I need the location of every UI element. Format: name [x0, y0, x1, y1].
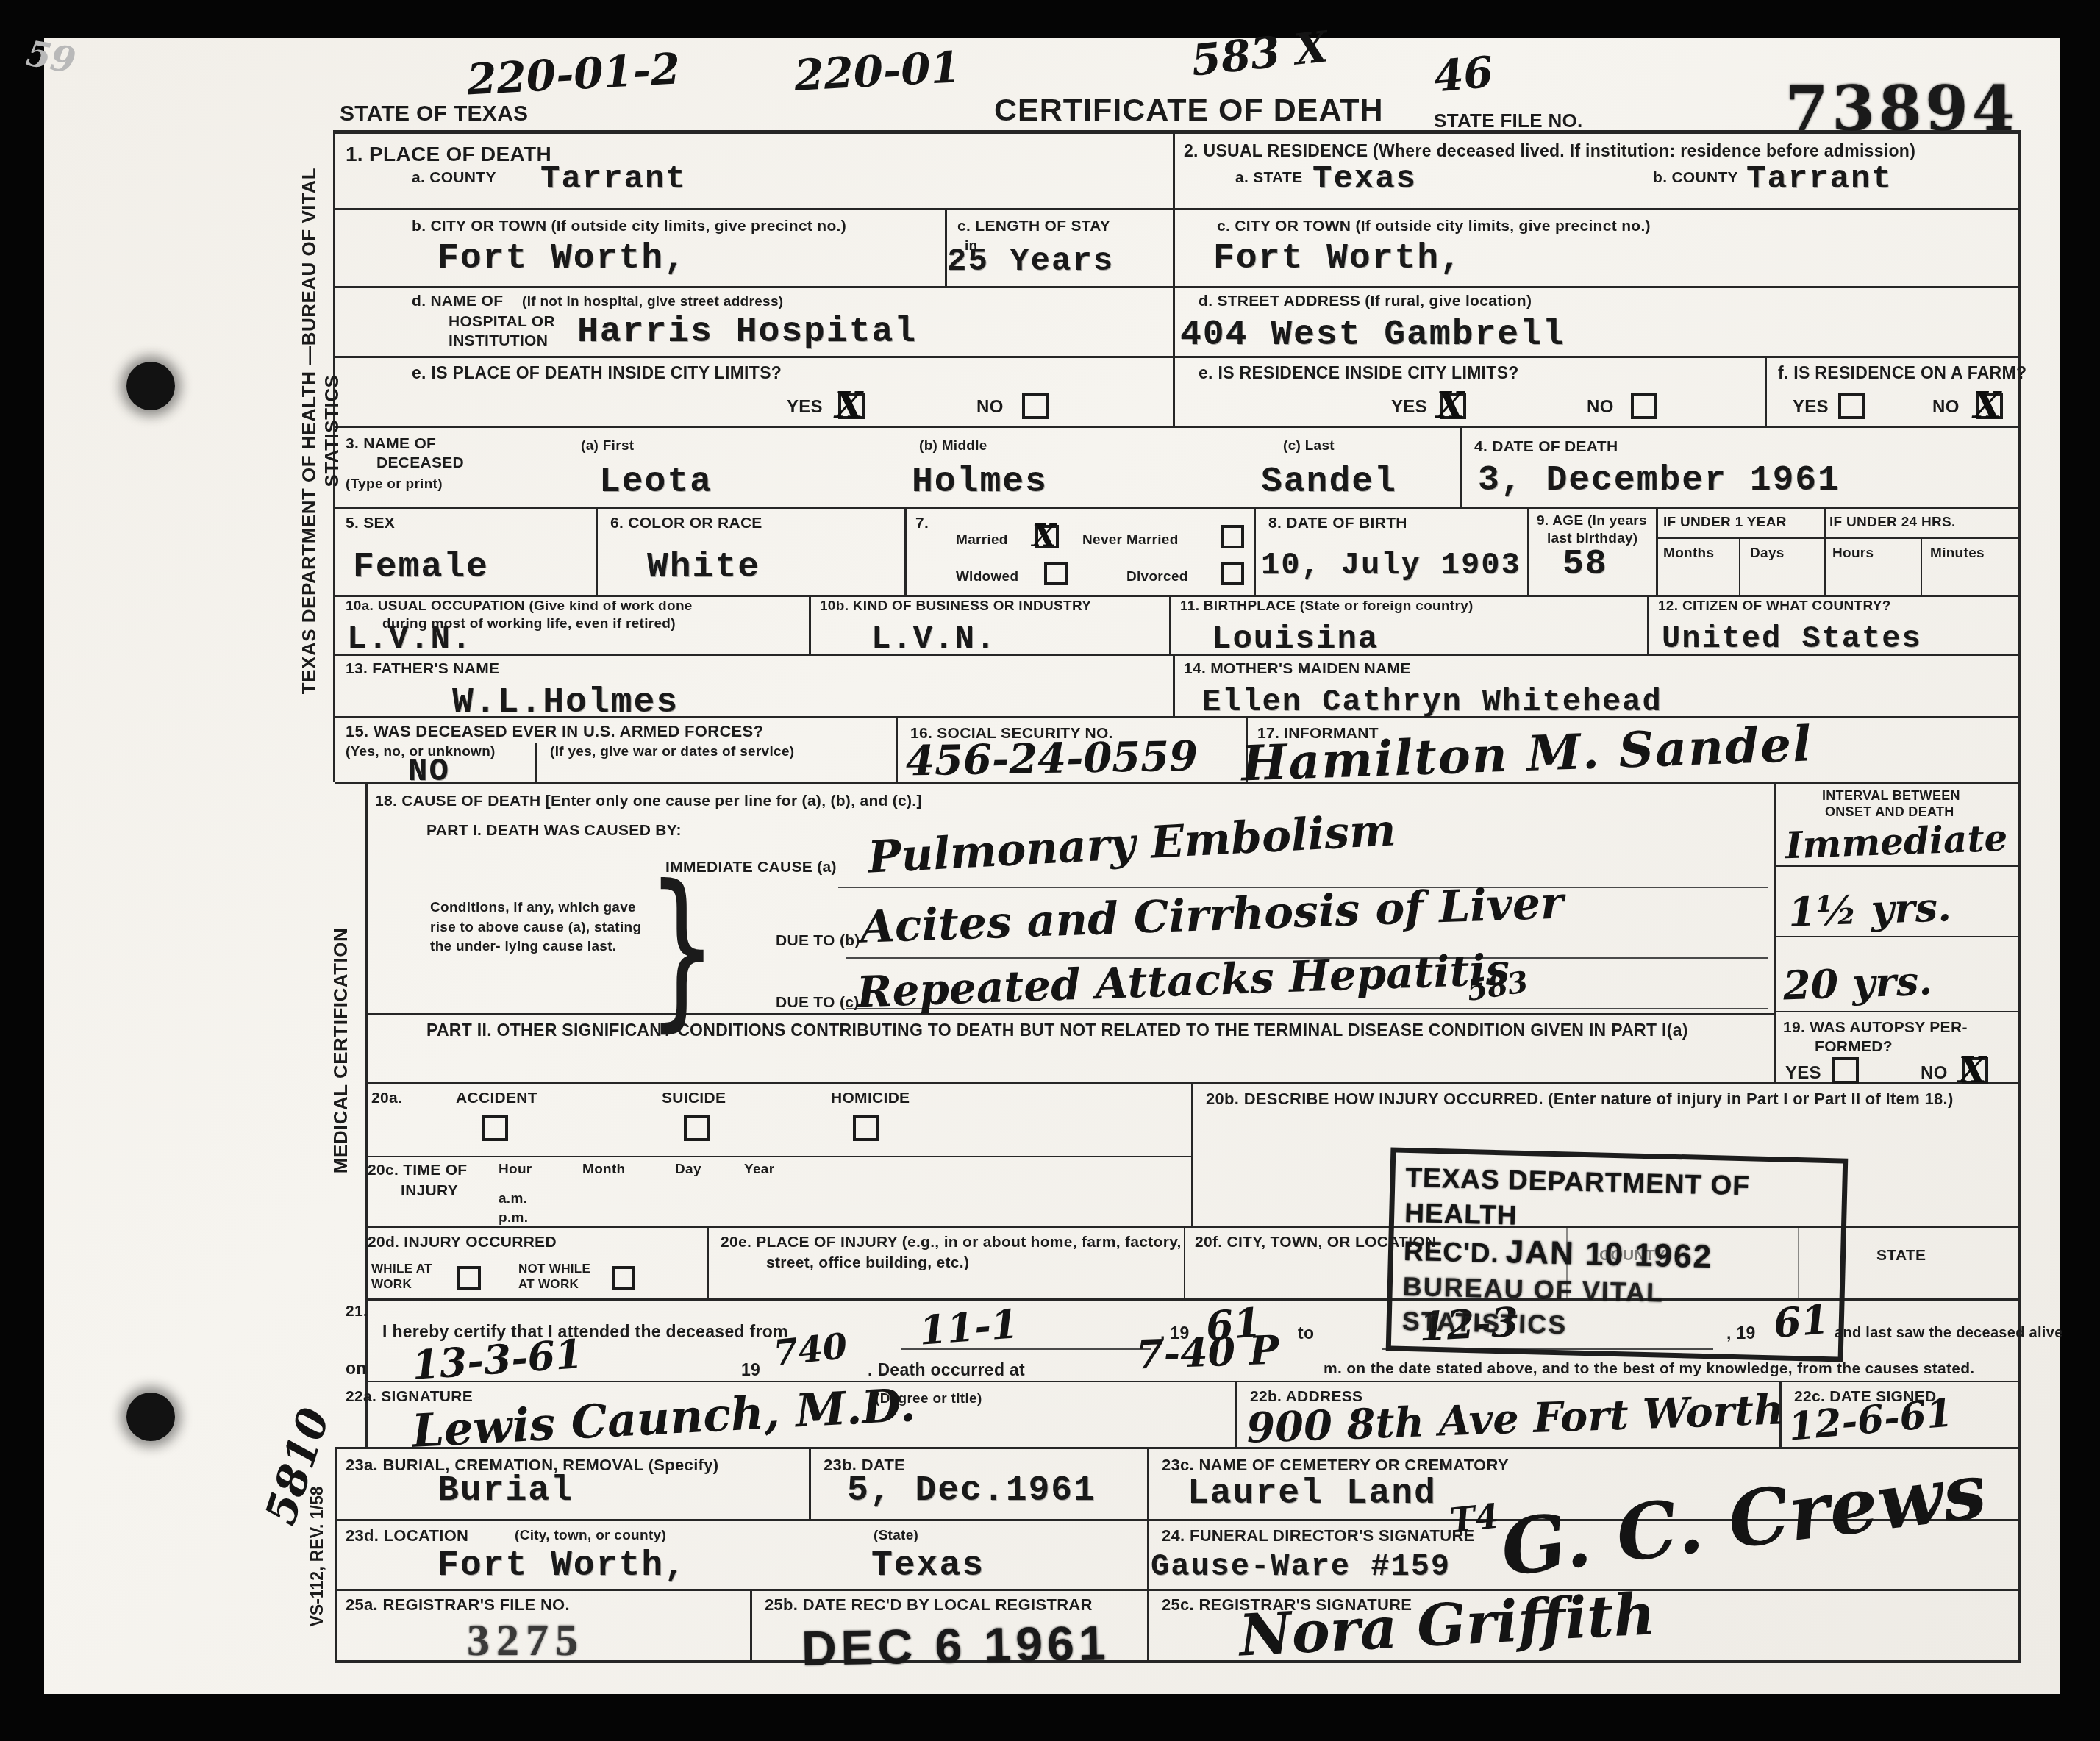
birthplace-value: Louisina [1212, 623, 1379, 656]
farm-no-label: NO [1932, 397, 1960, 418]
race-label: 6. COLOR OR RACE [610, 515, 762, 532]
residence-state-value: Texas [1312, 163, 1417, 196]
date-of-birth-value: 10, July 1903 [1261, 550, 1521, 581]
hospital-note: (If not in hospital, give street address… [522, 294, 783, 310]
header-handwritten-code-2: 220-01 [793, 46, 962, 97]
suicide-label: SUICIDE [662, 1090, 726, 1107]
industry-value: L.V.N. [871, 623, 996, 656]
checkbox-farm-yes [1838, 393, 1865, 419]
residence-state-label: a. STATE [1235, 169, 1302, 187]
pm-label: p.m. [499, 1210, 528, 1226]
age-label-1: 9. AGE (In years [1537, 513, 1647, 529]
residence-limits-no-label: NO [1587, 397, 1614, 418]
place-city-value: Fort Worth, [438, 241, 687, 276]
hospital-label: d. NAME OF [412, 293, 503, 310]
autopsy-label-2: FORMED? [1815, 1038, 1893, 1056]
part1-label: PART I. DEATH WAS CAUSED BY: [426, 822, 682, 840]
length-of-stay-value: 25 Years [947, 246, 1114, 278]
residence-city-value: Fort Worth, [1213, 241, 1462, 276]
checkbox-not-while-at-work [612, 1266, 635, 1290]
place-limits-yes-label: YES [787, 397, 823, 418]
place-of-death-title: 1. PLACE OF DEATH [346, 143, 551, 166]
header-handwritten-code-3: 583 X [1189, 25, 1329, 82]
stamp-agency-line: TEXAS DEPARTMENT OF HEALTH [1404, 1160, 1832, 1241]
father-name-label: 13. FATHER'S NAME [346, 660, 499, 678]
place-of-injury-label-1: 20e. PLACE OF INJURY (e.g., in or about … [721, 1234, 1182, 1251]
header-handwritten-code-4: 46 [1432, 51, 1495, 99]
deceased-name-label-1: 3. NAME OF [346, 435, 436, 453]
corner-code: 59 [24, 36, 78, 79]
location-city-value: Fort Worth, [438, 1548, 687, 1584]
married-label: Married [956, 532, 1008, 548]
farm-yes-label: YES [1793, 397, 1829, 418]
cause-of-death-label: 18. CAUSE OF DEATH [Enter only one cause… [375, 793, 922, 810]
certify-text-1: I hereby certify that I attended the dec… [382, 1322, 788, 1341]
hours-label: Hours [1832, 546, 1874, 562]
am-label: a.m. [499, 1191, 527, 1207]
year-3-handwritten: 740 [772, 1329, 849, 1371]
checkbox-suicide [684, 1115, 710, 1141]
street-address-value: 404 West Gambrell [1180, 318, 1565, 353]
interval-label-2: ONSET AND DEATH [1825, 804, 1954, 820]
time-of-injury-label-2: INJURY [401, 1182, 458, 1200]
hospital-label-2: HOSPITAL OR [449, 313, 555, 331]
residence-county-value: Tarrant [1746, 163, 1893, 196]
month-label: Month [582, 1162, 625, 1178]
farm-label: f. IS RESIDENCE ON A FARM? [1778, 363, 2026, 382]
accident-label: ACCIDENT [456, 1090, 537, 1107]
divorced-label: Divorced [1126, 569, 1188, 585]
location-state-value: Texas [871, 1548, 985, 1584]
registrar-file-label: 25a. REGISTRAR'S FILE NO. [346, 1595, 570, 1614]
date-received-stamped: DEC 6 1961 [801, 1615, 1110, 1676]
interval-a-handwritten: Immediate [1785, 820, 2008, 865]
citizen-value: United States [1662, 623, 1922, 654]
injury-state-label: STATE [1876, 1247, 1926, 1265]
occupation-label-1: 10a. USUAL OCCUPATION (Give kind of work… [346, 598, 693, 615]
stamp-recd-label: REC'D. [1404, 1236, 1500, 1268]
last-name-label: (c) Last [1283, 438, 1335, 454]
marital-label: 7. [915, 515, 929, 532]
armed-forces-label: 15. WAS DECEASED EVER IN U.S. ARMED FORC… [346, 722, 763, 740]
scanned-death-certificate: 59 TEXAS DEPARTMENT OF HEALTH —BUREAU OF… [0, 0, 2100, 1741]
checkbox-place-limits-yes: X [838, 393, 865, 419]
attended-from-date-handwritten: 11-1 [918, 1304, 1020, 1350]
location-note-city: (City, town, or county) [515, 1528, 666, 1544]
first-name-value: Leota [599, 465, 712, 500]
father-name-value: W.L.Holmes [452, 685, 679, 721]
sex-label: 5. SEX [346, 515, 395, 532]
ssn-value-handwritten: 456-24-0559 [906, 736, 1199, 782]
interval-c-handwritten: 20 yrs. [1782, 960, 1933, 1005]
not-while-at-work-label-1: NOT WHILE [518, 1262, 590, 1276]
armed-forces-note-2: (If yes, give war or dates of service) [550, 744, 794, 760]
date-of-birth-label: 8. DATE OF BIRTH [1268, 515, 1407, 532]
middle-name-value: Holmes [912, 465, 1048, 500]
months-label: Months [1663, 546, 1714, 562]
middle-name-label: (b) Middle [919, 438, 988, 454]
state-of-texas-label: STATE OF TEXAS [340, 101, 528, 127]
cemetery-handwritten-mark: T4 [1449, 1499, 1501, 1538]
hour-label: Hour [499, 1162, 532, 1178]
burial-date-value: 5, Dec.1961 [847, 1473, 1096, 1509]
received-stamp: TEXAS DEPARTMENT OF HEALTH REC'D. JAN 10… [1386, 1147, 1849, 1362]
deceased-name-label-3: (Type or print) [346, 476, 443, 493]
interval-b-handwritten: 1½ yrs. [1788, 887, 1951, 932]
checkbox-never-married [1221, 525, 1244, 548]
mother-maiden-name-label: 14. MOTHER'S MAIDEN NAME [1184, 660, 1411, 678]
location-label: 23d. LOCATION [346, 1526, 468, 1545]
residence-limits-yes-label: YES [1391, 397, 1427, 418]
checkbox-x-mark: X [1437, 385, 1464, 426]
stamp-bureau-line: BUREAU OF VITAL STATISTICS [1401, 1270, 1829, 1349]
due-to-b-label: DUE TO (b) [776, 932, 860, 950]
injury-occurred-label: 20d. INJURY OCCURRED [368, 1234, 557, 1251]
conditions-note: Conditions, if any, which gave rise to a… [430, 898, 651, 957]
funeral-director-value: Gause-Ware #159 [1151, 1551, 1451, 1582]
certify-on-label: on [346, 1359, 367, 1378]
hospital-value: Harris Hospital [577, 315, 917, 350]
checkbox-autopsy-yes [1832, 1057, 1859, 1084]
header-handwritten-code-1: 220-01-2 [466, 47, 682, 101]
date-of-death-label: 4. DATE OF DEATH [1474, 438, 1618, 456]
residence-county-label: b. COUNTY [1653, 169, 1738, 187]
homicide-label: HOMICIDE [831, 1090, 910, 1107]
checkbox-x-mark: X [1959, 1050, 1986, 1091]
checkbox-residence-limits-yes: X [1440, 393, 1466, 419]
checkbox-place-limits-no [1022, 393, 1049, 419]
certificate-title: CERTIFICATE OF DEATH [994, 93, 1384, 129]
if-under-24-hrs-label: IF UNDER 24 HRS. [1829, 515, 1956, 531]
time-of-injury-label-1: 20c. TIME OF [368, 1162, 467, 1179]
certify-text-2: and last saw the deceased alive [1835, 1325, 2063, 1342]
margin-agency-label: TEXAS DEPARTMENT OF HEALTH —BUREAU OF VI… [298, 125, 343, 737]
death-time-handwritten: 7-40 P [1135, 1330, 1279, 1375]
certify-pre-year-3: 19 [741, 1360, 760, 1379]
industry-label: 10b. KIND OF BUSINESS OR INDUSTRY [820, 598, 1091, 615]
length-of-stay-label: c. LENGTH OF STAY [957, 218, 1110, 235]
checkbox-widowed [1044, 562, 1068, 585]
burial-value: Burial [438, 1473, 574, 1509]
interval-label-1: INTERVAL BETWEEN [1822, 788, 1960, 804]
place-county-value: Tarrant [540, 163, 687, 196]
residence-limits-label: e. IS RESIDENCE INSIDE CITY LIMITS? [1199, 363, 1519, 382]
date-received-label: 25b. DATE REC'D BY LOCAL REGISTRAR [765, 1595, 1093, 1614]
checkbox-x-mark: X [835, 385, 863, 426]
deceased-name-label-2: DECEASED [376, 454, 464, 472]
margin-medical-certification-label: MEDICAL CERTIFICATION [329, 778, 352, 1323]
first-name-label: (a) First [581, 438, 634, 454]
residence-city-label: c. CITY OR TOWN (If outside city limits,… [1217, 218, 1651, 235]
birthplace-label: 11. BIRTHPLACE (State or foreign country… [1180, 598, 1474, 615]
describe-injury-label: 20b. DESCRIBE HOW INJURY OCCURRED. (Ente… [1206, 1090, 1954, 1108]
day-label: Day [675, 1162, 701, 1178]
brace-glyph: } [647, 863, 717, 1034]
punch-hole [126, 1393, 175, 1441]
checkbox-accident [482, 1115, 508, 1141]
mother-maiden-name-value: Ellen Cathryn Whitehead [1202, 687, 1663, 718]
autopsy-yes-label: YES [1785, 1063, 1821, 1084]
certify-number: 21. [346, 1303, 368, 1320]
state-file-no-label: STATE FILE NO. [1434, 110, 1583, 132]
race-value: White [647, 550, 760, 585]
date-of-death-value: 3, December 1961 [1478, 463, 1840, 498]
cemetery-label: 23c. NAME OF CEMETERY OR CREMATORY [1162, 1456, 1509, 1474]
citizen-label: 12. CITIZEN OF WHAT COUNTRY? [1658, 598, 1891, 615]
never-married-label: Never Married [1082, 532, 1179, 548]
days-label: Days [1750, 546, 1785, 562]
place-limits-no-label: NO [976, 397, 1004, 418]
checkbox-x-mark: X [1974, 385, 2001, 426]
sex-value: Female [353, 550, 489, 585]
registrar-file-number-stamped: 3275 [467, 1615, 585, 1667]
widowed-label: Widowed [956, 569, 1018, 585]
last-seen-date-handwritten: 13-3-61 [410, 1334, 584, 1385]
if-under-1-year-label: IF UNDER 1 YEAR [1663, 515, 1787, 531]
due-to-c-label: DUE TO (c) [776, 994, 859, 1012]
place-city-label: b. CITY OR TOWN (If outside city limits,… [412, 218, 846, 235]
minutes-label: Minutes [1930, 546, 1985, 562]
cemetery-value: Laurel Land [1187, 1476, 1437, 1512]
checkbox-homicide [853, 1115, 879, 1141]
place-county-label: a. COUNTY [412, 169, 496, 187]
while-at-work-label-2: WORK [371, 1277, 412, 1292]
state-file-number: 73894 [1785, 72, 2018, 145]
last-name-value: Sandel [1261, 465, 1397, 500]
year-label: Year [744, 1162, 774, 1178]
checkbox-residence-limits-no [1631, 393, 1657, 419]
place-limits-label: e. IS PLACE OF DEATH INSIDE CITY LIMITS? [412, 363, 782, 382]
punch-hole [126, 362, 175, 410]
certify-to-label: to [1298, 1323, 1314, 1343]
occupation-value: L.V.N. [347, 623, 472, 656]
checkbox-autopsy-no: X [1962, 1057, 1988, 1084]
armed-forces-value: NO [408, 756, 450, 788]
autopsy-no-label: NO [1921, 1063, 1948, 1084]
certify-text-4: m. on the date stated above, and to the … [1324, 1360, 1975, 1378]
funeral-director-label: 24. FUNERAL DIRECTOR'S SIGNATURE [1162, 1526, 1475, 1545]
age-value: 58 [1562, 547, 1608, 582]
certify-text-3: . Death occurred at [868, 1360, 1025, 1379]
checkbox-while-at-work [457, 1266, 481, 1290]
autopsy-label-1: 19. WAS AUTOPSY PER- [1783, 1019, 1968, 1037]
while-at-work-label-1: WHILE AT [371, 1262, 432, 1276]
20a-label: 20a. [371, 1090, 402, 1107]
part2-label: PART II. OTHER SIGNIFICANT CONDITIONS CO… [426, 1020, 1688, 1040]
checkbox-farm-no: X [1976, 393, 2003, 419]
location-note-state: (State) [874, 1528, 918, 1544]
not-while-at-work-label-2: AT WORK [518, 1277, 579, 1292]
street-address-label: d. STREET ADDRESS (If rural, give locati… [1199, 293, 1532, 310]
checkbox-x-mark: X [1032, 518, 1057, 554]
hospital-label-3: INSTITUTION [449, 332, 548, 350]
checkbox-divorced [1221, 562, 1244, 585]
place-of-injury-label-2: street, office building, etc.) [766, 1254, 969, 1272]
checkbox-married: X [1035, 525, 1059, 548]
stamp-date: JAN 10 1962 [1505, 1234, 1713, 1276]
